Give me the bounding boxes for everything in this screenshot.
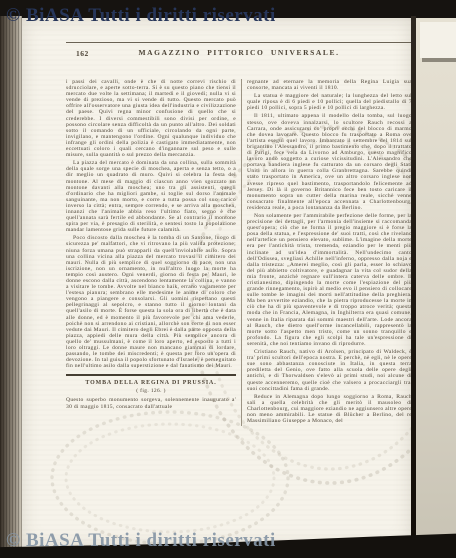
column-divider-rule xyxy=(241,79,242,426)
paragraph: Reduce in Alemagna dopo lungo soggiorno … xyxy=(247,394,412,424)
figure-reference: ( fig. 126. ) xyxy=(66,388,236,394)
paragraph: Cristiano Rauch, nativo di Arolsen, prin… xyxy=(247,349,412,392)
section-divider-rule xyxy=(66,374,236,376)
paragraph: La piazza del mercato è dominata da una … xyxy=(66,160,236,233)
paragraph: i passi dei cavalli, onde è che di notte… xyxy=(66,79,236,158)
text-columns: i passi dei cavalli, onde è che di notte… xyxy=(66,79,412,426)
scanned-book-page: 162 MAGAZZINO PITTORICO UNIVERSALE. i pa… xyxy=(0,0,456,558)
library-watermark-top: © BiASA Tutti i diritti riservati xyxy=(6,5,276,27)
left-column: i passi dei cavalli, onde è che di notte… xyxy=(66,79,236,426)
paragraph: Questo superbo monumento sorgeva, solenn… xyxy=(66,397,236,409)
paragraph: La statua è maggiore del naturale; la lu… xyxy=(247,93,412,111)
paragraph: Il 1811, ultimato appena il modello dell… xyxy=(247,113,412,211)
book-binding-edge xyxy=(0,16,22,550)
library-watermark-bottom: © BiASA Tutti i diritti riservati xyxy=(6,530,276,552)
adjacent-page-corner xyxy=(420,22,456,58)
page-number: 162 xyxy=(76,49,89,58)
page-content: 162 MAGAZZINO PITTORICO UNIVERSALE. i pa… xyxy=(66,42,412,426)
journal-title: MAGAZZINO PITTORICO UNIVERSALE. xyxy=(66,48,412,57)
adjacent-page-shadow xyxy=(422,58,456,62)
adjacent-page-edge xyxy=(416,18,456,538)
article-heading: TOMBA DELLA REGINA DI PRUSSIA. xyxy=(66,380,236,386)
paragraph: regnante ad eternare la memoria della Re… xyxy=(247,79,412,91)
paragraph: Non solamente per l'ammirabile perfezion… xyxy=(247,213,412,347)
right-column: regnante ad eternare la memoria della Re… xyxy=(247,79,412,426)
paragraph: Poco discosto dalla moschea è la tomba d… xyxy=(66,235,236,369)
page-header: 162 MAGAZZINO PITTORICO UNIVERSALE. xyxy=(66,48,412,60)
header-rule xyxy=(66,42,412,43)
